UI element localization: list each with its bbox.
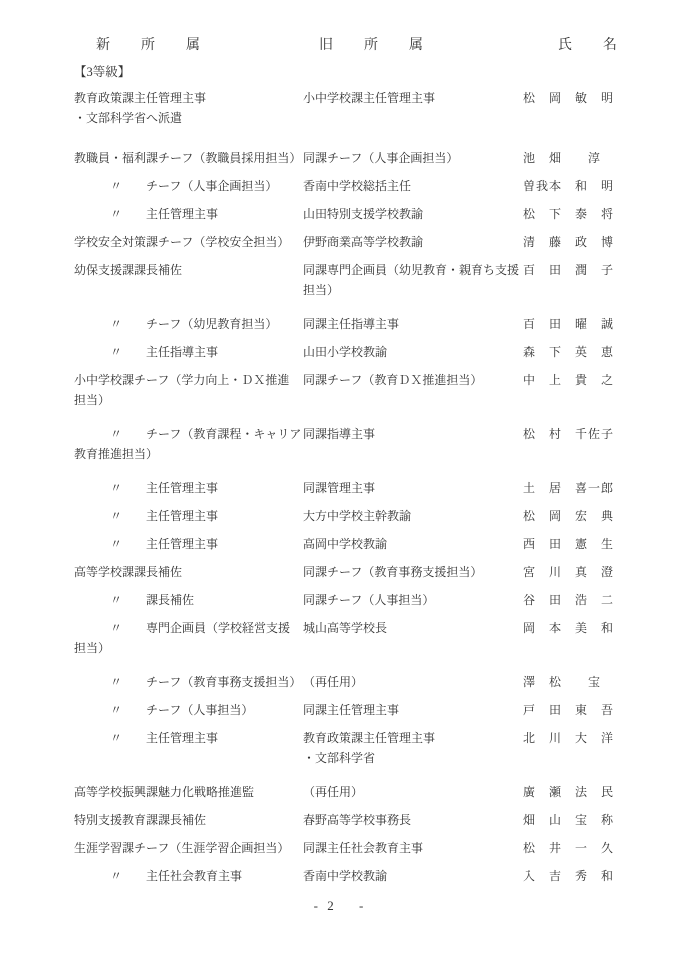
table-row: 〃 チーフ（人事担当） 同課主任管理主事 戸 田 東 吾 <box>74 700 680 720</box>
cell-new-assignment: 〃 主任管理主事 <box>74 478 303 498</box>
cell-old-assignment: 伊野商業高等学校教諭 <box>303 232 523 252</box>
cell-old-assignment: （再任用） <box>303 672 523 692</box>
cell-name: 廣 瀬 法 民 <box>523 782 614 802</box>
page-number: - 2 - <box>0 895 680 914</box>
table-row: 〃 主任社会教育主事 香南中学校教諭 入 吉 秀 和 <box>74 866 680 886</box>
cell-new-assignment: 特別支援教育課課長補佐 <box>74 810 303 830</box>
cell-name: 松 下 泰 将 <box>523 204 614 224</box>
cell-name: 戸 田 東 吾 <box>523 700 614 720</box>
table-row: 学校安全対策課チーフ（学校安全担当） 伊野商業高等学校教諭 清 藤 政 博 <box>74 232 680 252</box>
cell-old-assignment: 山田小学校教諭 <box>303 342 523 362</box>
cell-name: 清 藤 政 博 <box>523 232 614 252</box>
cell-new-assignment: 〃 チーフ（教育事務支援担当） <box>74 672 303 692</box>
table-row: 小中学校課チーフ（学力向上・ＤＸ推進 担当） 同課チーフ（教育ＤＸ推進担当） 中… <box>74 370 680 410</box>
cell-old-assignment: 同課主任社会教育主事 <box>303 838 523 858</box>
cell-new-assignment: 高等学校振興課魅力化戦略推進監 <box>74 782 303 802</box>
cell-name: 松 岡 宏 典 <box>523 506 614 526</box>
cell-name: 百 田 潤 子 <box>523 260 614 300</box>
cell-new-assignment: 〃 主任管理主事 <box>74 204 303 224</box>
cell-new-assignment: 生涯学習課チーフ（生涯学習企画担当） <box>74 838 303 858</box>
cell-name: 池 畑 淳 <box>523 148 601 168</box>
cell-old-assignment: 同課チーフ（人事企画担当） <box>303 148 523 168</box>
cell-old-assignment: 同課主任管理主事 <box>303 700 523 720</box>
cell-new-assignment: 小中学校課チーフ（学力向上・ＤＸ推進 担当） <box>74 370 303 410</box>
table-row: 生涯学習課チーフ（生涯学習企画担当） 同課主任社会教育主事 松 井 一 久 <box>74 838 680 858</box>
cell-new-assignment: 〃 主任管理主事 <box>74 728 303 768</box>
table-row: 〃 チーフ（教育事務支援担当） （再任用） 澤 松 宝 <box>74 672 680 692</box>
column-header-row: 新 所 属 旧 所 属 氏 名 <box>74 36 680 56</box>
cell-old-assignment: 春野高等学校事務長 <box>303 810 523 830</box>
table-row: 〃 主任管理主事 高岡中学校教諭 西 田 憲 生 <box>74 534 680 554</box>
cell-name: 宮 川 真 澄 <box>523 562 614 582</box>
table-row: 〃 チーフ（人事企画担当） 香南中学校総括主任 曽我本 和 明 <box>74 176 680 196</box>
column-header-name: 氏 名 <box>523 36 626 56</box>
cell-new-assignment: 〃 チーフ（人事担当） <box>74 700 303 720</box>
cell-old-assignment: 山田特別支援学校教諭 <box>303 204 523 224</box>
cell-old-assignment: 小中学校課主任管理主事 <box>303 88 523 128</box>
table-row: 特別支援教育課課長補佐 春野高等学校事務長 畑 山 宝 称 <box>74 810 680 830</box>
table-row: 〃 課長補佐 同課チーフ（人事担当） 谷 田 浩 二 <box>74 590 680 610</box>
cell-old-assignment: 同課主任指導主事 <box>303 314 523 334</box>
column-header-old-assignment: 旧 所 属 <box>303 36 523 56</box>
cell-name: 百 田 曜 誠 <box>523 314 614 334</box>
table-row: 高等学校課課長補佐 同課チーフ（教育事務支援担当） 宮 川 真 澄 <box>74 562 680 582</box>
table-row: 〃 主任管理主事 大方中学校主幹教諭 松 岡 宏 典 <box>74 506 680 526</box>
table-row: 〃 チーフ（幼児教育担当） 同課主任指導主事 百 田 曜 誠 <box>74 314 680 334</box>
cell-name: 北 川 大 洋 <box>523 728 614 768</box>
section-label-grade3: 【3等級】 <box>74 62 680 82</box>
cell-name: 入 吉 秀 和 <box>523 866 614 886</box>
cell-new-assignment: 〃 主任指導主事 <box>74 342 303 362</box>
cell-name: 中 上 貴 之 <box>523 370 614 410</box>
table-row: 〃 主任指導主事 山田小学校教諭 森 下 英 恵 <box>74 342 680 362</box>
cell-old-assignment: （再任用） <box>303 782 523 802</box>
cell-old-assignment: 城山高等学校長 <box>303 618 523 658</box>
document-page: 新 所 属 旧 所 属 氏 名 【3等級】 教育政策課主任管理主事 ・文部科学省… <box>0 0 680 961</box>
cell-new-assignment: 教育政策課主任管理主事 ・文部科学省へ派遣 <box>74 88 303 128</box>
cell-old-assignment: 香南中学校教諭 <box>303 866 523 886</box>
table-row: 教職員・福利課チーフ（教職員採用担当） 同課チーフ（人事企画担当） 池 畑 淳 <box>74 148 680 168</box>
cell-new-assignment: 〃 主任管理主事 <box>74 506 303 526</box>
cell-old-assignment: 同課チーフ（教育ＤＸ推進担当） <box>303 370 523 410</box>
cell-old-assignment: 大方中学校主幹教諭 <box>303 506 523 526</box>
cell-new-assignment: 幼保支援課課長補佐 <box>74 260 303 300</box>
cell-name: 谷 田 浩 二 <box>523 590 614 610</box>
cell-new-assignment: 〃 チーフ（幼児教育担当） <box>74 314 303 334</box>
cell-name: 岡 本 美 和 <box>523 618 614 658</box>
cell-old-assignment: 教育政策課主任管理主事 ・文部科学省 <box>303 728 523 768</box>
cell-new-assignment: 〃 チーフ（教育課程・キャリア 教育推進担当） <box>74 424 303 464</box>
cell-old-assignment: 同課チーフ（教育事務支援担当） <box>303 562 523 582</box>
table-row: 〃 主任管理主事 同課管理主事 土 居 喜一郎 <box>74 478 680 498</box>
cell-name: 森 下 英 恵 <box>523 342 614 362</box>
cell-name: 松 井 一 久 <box>523 838 614 858</box>
cell-name: 畑 山 宝 称 <box>523 810 614 830</box>
cell-old-assignment: 香南中学校総括主任 <box>303 176 523 196</box>
cell-old-assignment: 高岡中学校教諭 <box>303 534 523 554</box>
cell-old-assignment: 同課専門企画員（幼児教育・親育ち支援 担当） <box>303 260 523 300</box>
cell-old-assignment: 同課管理主事 <box>303 478 523 498</box>
cell-name: 澤 松 宝 <box>523 672 601 692</box>
cell-name: 松 村 千佐子 <box>523 424 614 464</box>
cell-old-assignment: 同課チーフ（人事担当） <box>303 590 523 610</box>
table-row: 教育政策課主任管理主事 ・文部科学省へ派遣 小中学校課主任管理主事 松 岡 敏 … <box>74 88 680 128</box>
cell-name: 西 田 憲 生 <box>523 534 614 554</box>
table-row: 幼保支援課課長補佐 同課専門企画員（幼児教育・親育ち支援 担当） 百 田 潤 子 <box>74 260 680 300</box>
table-row: 〃 チーフ（教育課程・キャリア 教育推進担当） 同課指導主事 松 村 千佐子 <box>74 424 680 464</box>
column-header-new-assignment: 新 所 属 <box>74 36 303 56</box>
table-row: 〃 主任管理主事 山田特別支援学校教諭 松 下 泰 将 <box>74 204 680 224</box>
cell-new-assignment: 〃 チーフ（人事企画担当） <box>74 176 303 196</box>
cell-name: 曽我本 和 明 <box>523 176 614 196</box>
cell-new-assignment: 〃 主任管理主事 <box>74 534 303 554</box>
table-row: 〃 主任管理主事 教育政策課主任管理主事 ・文部科学省 北 川 大 洋 <box>74 728 680 768</box>
cell-new-assignment: 〃 課長補佐 <box>74 590 303 610</box>
cell-new-assignment: 高等学校課課長補佐 <box>74 562 303 582</box>
cell-new-assignment: 〃 専門企画員（学校経営支援 担当） <box>74 618 303 658</box>
table-row: 高等学校振興課魅力化戦略推進監 （再任用） 廣 瀬 法 民 <box>74 782 680 802</box>
cell-name: 土 居 喜一郎 <box>523 478 614 498</box>
cell-name: 松 岡 敏 明 <box>523 88 614 128</box>
cell-new-assignment: 学校安全対策課チーフ（学校安全担当） <box>74 232 303 252</box>
cell-new-assignment: 教職員・福利課チーフ（教職員採用担当） <box>74 148 303 168</box>
table-row: 〃 専門企画員（学校経営支援 担当） 城山高等学校長 岡 本 美 和 <box>74 618 680 658</box>
cell-old-assignment: 同課指導主事 <box>303 424 523 464</box>
cell-new-assignment: 〃 主任社会教育主事 <box>74 866 303 886</box>
